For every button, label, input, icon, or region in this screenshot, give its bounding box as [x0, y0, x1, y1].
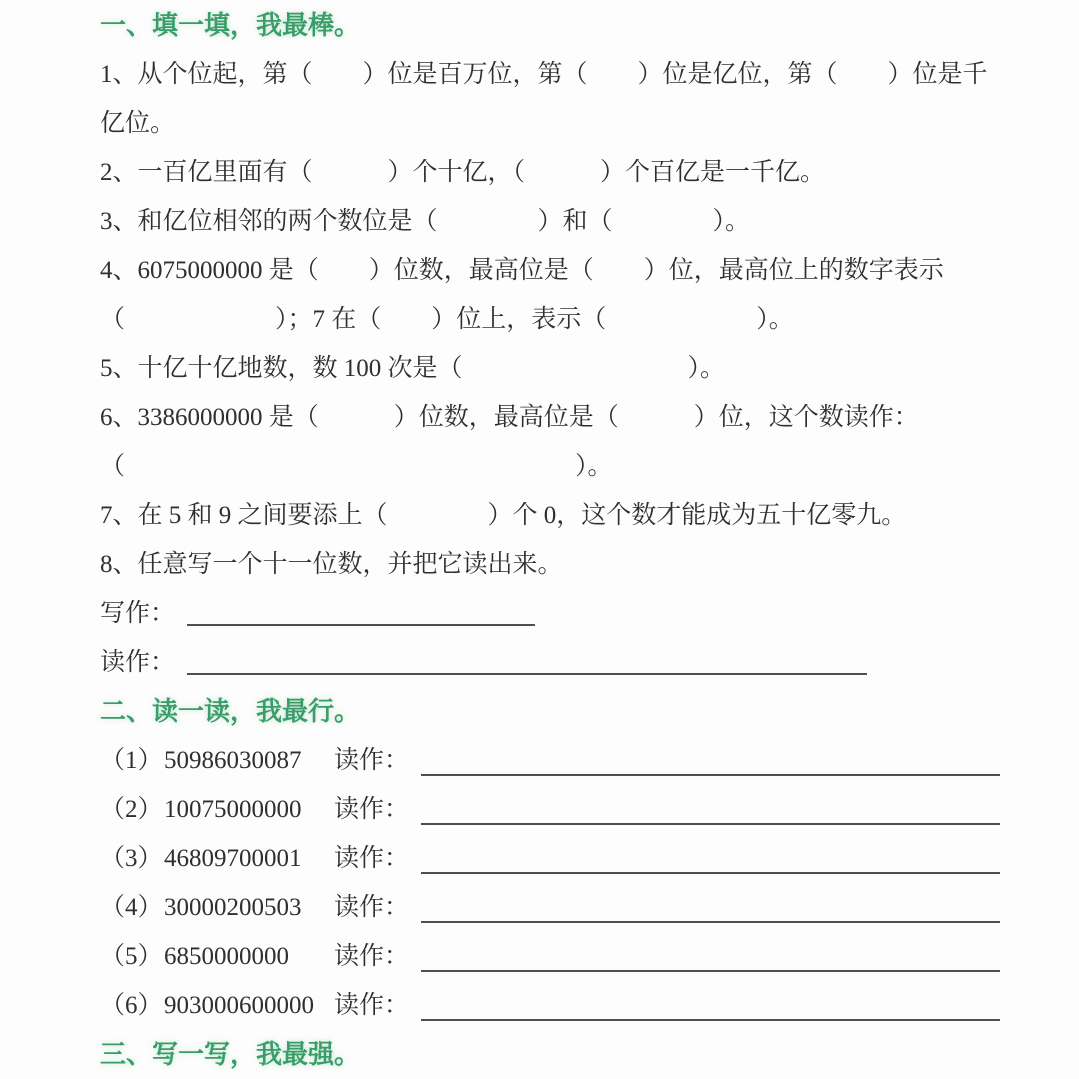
read-number-item: （5）6850000000读作： — [100, 932, 1000, 981]
read-label: 读作： — [334, 932, 409, 981]
item-number: （2） — [100, 785, 164, 834]
item-number: （3） — [100, 834, 164, 883]
item-value: 6850000000 — [164, 932, 334, 981]
read-number-item: （2）10075000000读作： — [100, 785, 1000, 834]
item-value: 46809700001 — [164, 834, 334, 883]
question-2-line: 2、一百亿里面有（ ）个十亿，（ ）个百亿是一千亿。 — [100, 148, 1000, 197]
read-label: 读作： — [334, 834, 409, 883]
question-4-line-1: 4、6075000000 是（ ）位数，最高位是（ ）位，最高位上的数字表示 — [100, 246, 1000, 295]
write-blank-line — [187, 624, 535, 626]
item-number: （5） — [100, 932, 164, 981]
question-1-line-2: 亿位。 — [100, 99, 1000, 148]
answer-blank-line — [421, 872, 1000, 874]
question-4-line-2: （ ）；7 在（ ）位上，表示（ ）。 — [100, 295, 1000, 344]
answer-blank-line — [421, 921, 1000, 923]
section3-heading: 三、写一写，我最强。 — [100, 1030, 1000, 1079]
read-label: 读作： — [100, 649, 175, 676]
question-5-line: 5、十亿十亿地数，数 100 次是（ ）。 — [100, 344, 1000, 393]
answer-blank-line — [421, 970, 1000, 972]
worksheet-content: 一、填一填，我最棒。 1、从个位起，第（ ）位是百万位，第（ ）位是亿位，第（ … — [0, 0, 1000, 1079]
item-value: 30000200503 — [164, 883, 334, 932]
read-answer-row: 读作： — [100, 638, 1000, 687]
section1-heading: 一、填一填，我最棒。 — [100, 1, 1000, 50]
item-value: 903000600000 — [164, 981, 334, 1030]
answer-blank-line — [421, 823, 1000, 825]
item-number: （4） — [100, 883, 164, 932]
worksheet-page: 一、填一填，我最棒。 1、从个位起，第（ ）位是百万位，第（ ）位是亿位，第（ … — [0, 0, 1079, 1079]
read-number-item: （3）46809700001读作： — [100, 834, 1000, 883]
question-8-line: 8、任意写一个十一位数，并把它读出来。 — [100, 540, 1000, 589]
read-label: 读作： — [334, 883, 409, 932]
item-number: （1） — [100, 736, 164, 785]
read-label: 读作： — [334, 785, 409, 834]
write-label: 写作： — [100, 600, 175, 627]
write-answer-row: 写作： — [100, 589, 1000, 638]
read-blank-line — [187, 673, 867, 675]
read-label: 读作： — [334, 981, 409, 1030]
item-value: 10075000000 — [164, 785, 334, 834]
answer-blank-line — [421, 1019, 1000, 1021]
section2-heading: 二、读一读，我最行。 — [100, 687, 1000, 736]
question-6-line-1: 6、3386000000 是（ ）位数，最高位是（ ）位，这个数读作： — [100, 393, 1000, 442]
item-number: （6） — [100, 981, 164, 1030]
question-3-line: 3、和亿位相邻的两个数位是（ ）和（ ）。 — [100, 197, 1000, 246]
answer-blank-line — [421, 774, 1000, 776]
question-1-line-1: 1、从个位起，第（ ）位是百万位，第（ ）位是亿位，第（ ）位是千 — [100, 50, 1000, 99]
item-value: 50986030087 — [164, 736, 334, 785]
question-7-line: 7、在 5 和 9 之间要添上（ ）个 0，这个数才能成为五十亿零九。 — [100, 491, 1000, 540]
read-number-item: （1）50986030087读作： — [100, 736, 1000, 785]
question-6-line-2: （ ）。 — [100, 442, 1000, 491]
read-number-item: （4）30000200503读作： — [100, 883, 1000, 932]
read-number-item: （6）903000600000读作： — [100, 981, 1000, 1030]
read-label: 读作： — [334, 736, 409, 785]
